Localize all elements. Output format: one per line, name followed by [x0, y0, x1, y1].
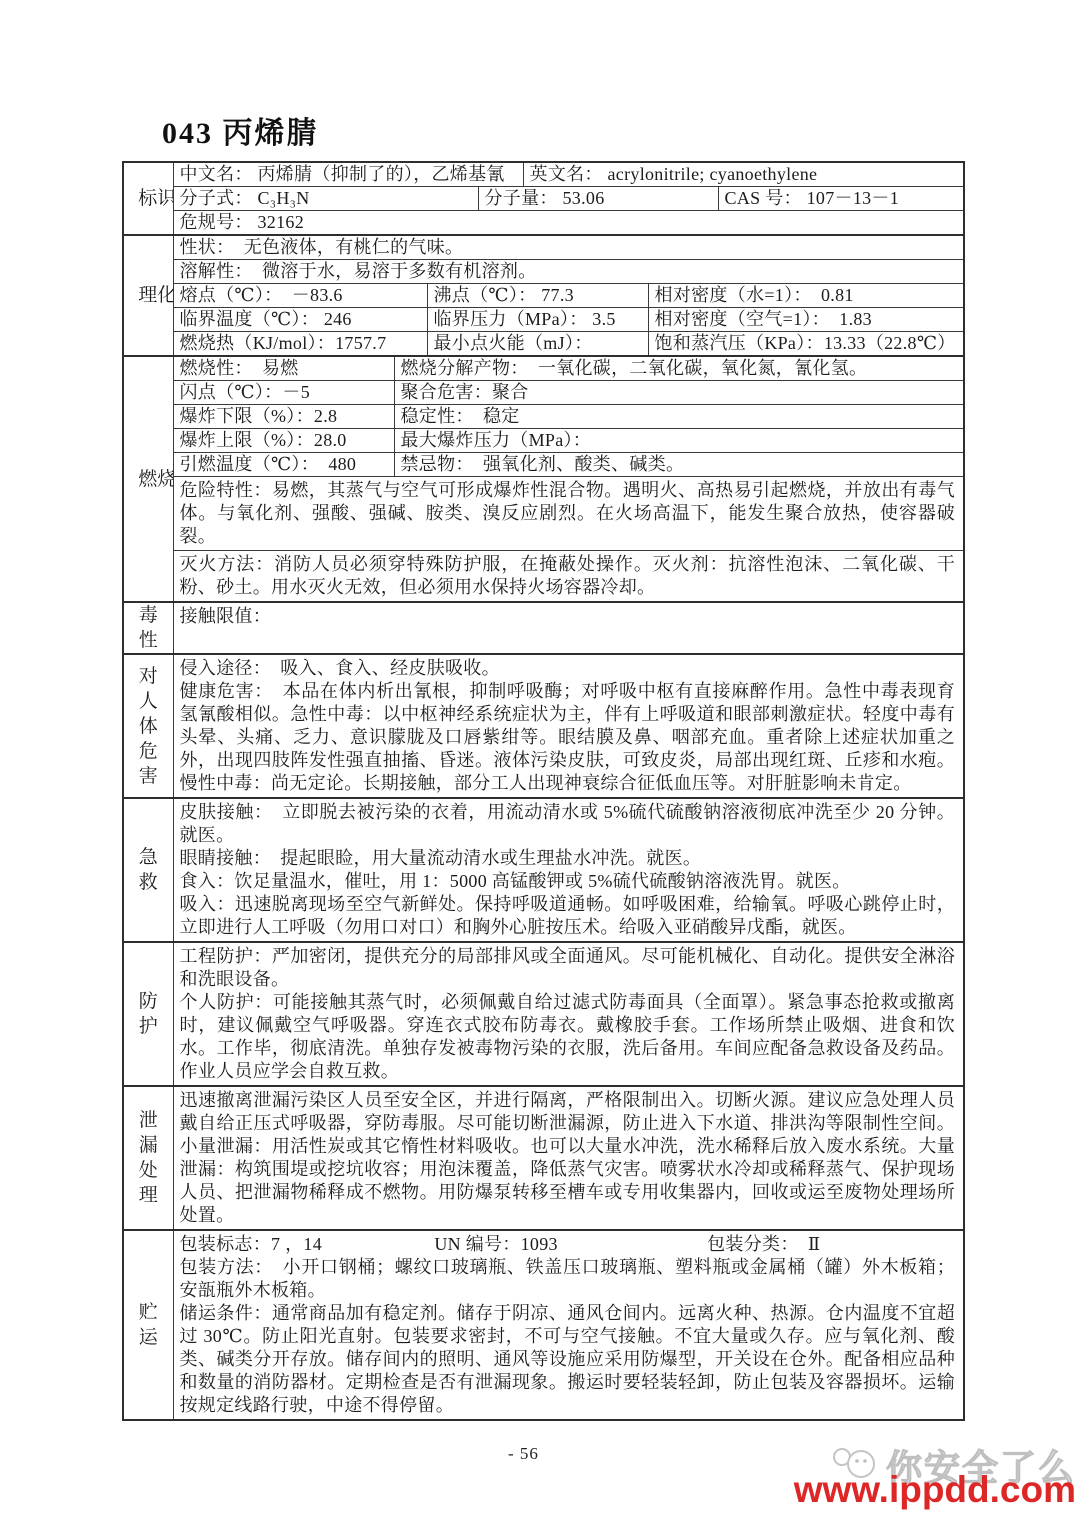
first-aid-eyes-text: 眼睛接触： 提起眼睑，用大量流动清水或生理盐水冲洗。就医。 — [180, 847, 956, 870]
document-page: { "doc": { "title": "043 丙烯腈", "page_num… — [0, 0, 1080, 1527]
section-header-label: 燃烧爆炸危险性 — [138, 467, 158, 492]
cell-critical-pressure: 临界压力（MPa）： 3.5 — [427, 308, 648, 332]
table-row: 对人体危害 侵入途径： 吸入、食入、经皮肤吸收。 健康危害： 本品在体内析出氰根… — [123, 654, 964, 798]
table-row: 灭火方法：消防人员必须穿特殊防护服，在掩蔽处操作。灭火剂：抗溶性泡沫、二氧化碳、… — [123, 551, 964, 603]
section-header-label: 急救 — [138, 845, 158, 895]
section-header-physchem: 理化性质 — [123, 235, 173, 356]
watermark-url: www.ippdd.com — [794, 1469, 1076, 1511]
table-row: 贮运 包装标志：7 ，14 UN 编号：1093 包装分类： Ⅱ 包装方法： 小… — [123, 1230, 964, 1420]
section-header-label: 防护 — [138, 989, 158, 1039]
cell-flash-point: 闪点（℃）：－5 — [173, 381, 394, 405]
engineering-protection-text: 工程防护：严加密闭，提供充分的局部排风或全面通风。尽可能机械化、自动化。提供安全… — [180, 945, 956, 991]
cell-explosion-lower-limit: 爆炸下限（%）：2.8 — [173, 405, 394, 429]
msds-table: 标识 中文名： 丙烯腈（抑制了的），乙烯基氰 英文名： acrylonitril… — [122, 161, 965, 1421]
cell-mol-weight: 分子量： 53.06 — [478, 187, 718, 211]
cell-first-aid: 皮肤接触： 立即脱去被污染的衣着，用流动清水或 5%硫代硫酸钠溶液彻底冲洗至少 … — [173, 798, 964, 942]
cell-reg-number: 危规号： 32162 — [173, 211, 964, 236]
table-row: 危规号： 32162 — [123, 211, 964, 236]
table-row: 毒性 接触限值： — [123, 602, 964, 654]
section-header-leakage: 泄漏处理 — [123, 1086, 173, 1230]
pack-mark-text: 包装标志：7 ，14 — [180, 1233, 430, 1256]
leakage-text: 迅速撤离泄漏污染区人员至安全区，并进行隔离，严格限制出入。切断火源。建议应急处理… — [180, 1089, 956, 1227]
cell-combustion-heat: 燃烧热（KJ/mol）：1757.7 — [173, 332, 427, 357]
health-effects-text: 健康危害： 本品在体内析出氰根，抑制呼吸酶；对呼吸中枢有直接麻醉作用。急性中毒表… — [180, 680, 956, 795]
cell-decomposition-products: 燃烧分解产物： 一氧化碳，二氧化碳，氧化氮，氰化氢。 — [394, 356, 964, 381]
table-row: 理化性质 性状： 无色液体，有桃仁的气味。 — [123, 235, 964, 260]
cell-protection: 工程防护：严加密闭，提供充分的局部排风或全面通风。尽可能机械化、自动化。提供安全… — [173, 942, 964, 1086]
section-header-label: 理化性质 — [138, 283, 158, 308]
cell-explosion-upper-limit: 爆炸上限（%）：28.0 — [173, 429, 394, 453]
table-row: 标识 中文名： 丙烯腈（抑制了的），乙烯基氰 英文名： acrylonitril… — [123, 162, 964, 187]
section-header-label: 标识 — [138, 186, 158, 211]
storage-pack-row: 包装标志：7 ，14 UN 编号：1093 包装分类： Ⅱ — [180, 1233, 956, 1256]
cell-hazard-characteristics: 危险特性：易燃，其蒸气与空气可形成爆炸性混合物。遇明火、高热易引起燃烧，并放出有… — [173, 477, 964, 551]
cell-incompatibles: 禁忌物： 强氧化剂、酸类、碱类。 — [394, 453, 964, 477]
section-header-identification: 标识 — [123, 162, 173, 235]
pack-class-text: 包装分类： Ⅱ — [707, 1234, 820, 1254]
cell-stability: 稳定性： 稳定 — [394, 405, 964, 429]
table-row: 分子式： C₃H₃N 分子量： 53.06 CAS 号： 107－13－1 — [123, 187, 964, 211]
table-row: 泄漏处理 迅速撤离泄漏污染区人员至安全区，并进行隔离，严格限制出入。切断火源。建… — [123, 1086, 964, 1230]
table-row: 防护 工程防护：严加密闭，提供充分的局部排风或全面通风。尽可能机械化、自动化。提… — [123, 942, 964, 1086]
table-row: 溶解性： 微溶于水，易溶于多数有机溶剂。 — [123, 260, 964, 284]
cell-cas-number: CAS 号： 107－13－1 — [718, 187, 964, 211]
cell-max-explosion-pressure: 最大爆炸压力（MPa）： — [394, 429, 964, 453]
section-header-label: 对人体危害 — [138, 664, 158, 789]
first-aid-ingestion-text: 食入：饮足量温水，催吐，用 1：5000 高锰酸钾或 5%硫代硫酸钠溶液洗胃。就… — [180, 870, 956, 893]
section-header-label: 毒性 — [138, 603, 158, 653]
cell-health-hazard: 侵入途径： 吸入、食入、经皮肤吸收。 健康危害： 本品在体内析出氰根，抑制呼吸酶… — [173, 654, 964, 798]
watermark: 你安全了么 www.ippdd.com — [794, 1445, 1076, 1511]
fire-fighting-text: 灭火方法：消防人员必须穿特殊防护服，在掩蔽处操作。灭火剂：抗溶性泡沫、二氧化碳、… — [180, 553, 956, 599]
first-aid-skin-text: 皮肤接触： 立即脱去被污染的衣着，用流动清水或 5%硫代硫酸钠溶液彻底冲洗至少 … — [180, 801, 956, 847]
un-number-text: UN 编号：1093 — [434, 1233, 702, 1256]
table-row: 燃烧爆炸危险性 燃烧性： 易燃 燃烧分解产物： 一氧化碳，二氧化碳，氧化氮，氰化… — [123, 356, 964, 381]
page-number: - 56 — [508, 1444, 539, 1464]
hazard-text: 危险特性：易燃，其蒸气与空气可形成爆炸性混合物。遇明火、高热易引起燃烧，并放出有… — [180, 479, 956, 548]
section-header-fire-explosion: 燃烧爆炸危险性 — [123, 356, 173, 602]
cell-formula: 分子式： C₃H₃N — [173, 187, 478, 211]
cell-appearance: 性状： 无色液体，有桃仁的气味。 — [173, 235, 964, 260]
table-row: 熔点（℃）： －83.6 沸点（℃）： 77.3 相对密度（水=1）： 0.81 — [123, 284, 964, 308]
section-header-first-aid: 急救 — [123, 798, 173, 942]
section-header-label: 贮运 — [138, 1300, 158, 1350]
table-row: 引燃温度（℃）： 480 禁忌物： 强氧化剂、酸类、碱类。 — [123, 453, 964, 477]
section-header-protection: 防护 — [123, 942, 173, 1086]
table-row: 燃烧热（KJ/mol）：1757.7 最小点火能（mJ）： 饱和蒸汽压（KPa）… — [123, 332, 964, 357]
cell-critical-temp: 临界温度（℃）： 246 — [173, 308, 427, 332]
storage-conditions-text: 储运条件：通常商品加有稳定剂。储存于阴凉、通风仓间内。远离火种、热源。仓内温度不… — [180, 1302, 956, 1417]
section-header-label: 泄漏处理 — [138, 1108, 158, 1208]
table-row: 危险特性：易燃，其蒸气与空气可形成爆炸性混合物。遇明火、高热易引起燃烧，并放出有… — [123, 477, 964, 551]
pack-method-text: 包装方法： 小开口钢桶；螺纹口玻璃瓶、铁盖压口玻璃瓶、塑料瓶或金属桶（罐）外木板… — [180, 1256, 956, 1302]
cell-melting-point: 熔点（℃）： －83.6 — [173, 284, 427, 308]
cell-density-air: 相对密度（空气=1）： 1.83 — [648, 308, 964, 332]
table-row: 急救 皮肤接触： 立即脱去被污染的衣着，用流动清水或 5%硫代硫酸钠溶液彻底冲洗… — [123, 798, 964, 942]
table-row: 爆炸上限（%）：28.0 最大爆炸压力（MPa）： — [123, 429, 964, 453]
page-title: 043 丙烯腈 — [162, 108, 319, 152]
section-header-toxicity: 毒性 — [123, 602, 173, 654]
cell-cn-name: 中文名： 丙烯腈（抑制了的），乙烯基氰 — [173, 162, 523, 187]
cell-boiling-point: 沸点（℃）： 77.3 — [427, 284, 648, 308]
cell-ignition-temp: 引燃温度（℃）： 480 — [173, 453, 394, 477]
table-row: 临界温度（℃）： 246 临界压力（MPa）： 3.5 相对密度（空气=1）： … — [123, 308, 964, 332]
table-row: 闪点（℃）：－5 聚合危害：聚合 — [123, 381, 964, 405]
cell-fire-fighting: 灭火方法：消防人员必须穿特殊防护服，在掩蔽处操作。灭火剂：抗溶性泡沫、二氧化碳、… — [173, 551, 964, 603]
cell-vapor-pressure: 饱和蒸汽压（KPa）：13.33（22.8℃） — [648, 332, 964, 357]
cell-density-water: 相对密度（水=1）： 0.81 — [648, 284, 964, 308]
cell-polymerization-hazard: 聚合危害：聚合 — [394, 381, 964, 405]
personal-protection-text: 个人防护：可能接触其蒸气时，必须佩戴自给过滤式防毒面具（全面罩）。紧急事态抢救或… — [180, 991, 956, 1083]
table-row: 爆炸下限（%）：2.8 稳定性： 稳定 — [123, 405, 964, 429]
cell-exposure-limit: 接触限值： — [173, 602, 964, 654]
section-header-storage: 贮运 — [123, 1230, 173, 1420]
cell-min-ignition-energy: 最小点火能（mJ）： — [427, 332, 648, 357]
invasion-routes-text: 侵入途径： 吸入、食入、经皮肤吸收。 — [180, 657, 956, 680]
cell-en-name: 英文名： acrylonitrile; cyanoethylene — [523, 162, 964, 187]
cell-flammability: 燃烧性： 易燃 — [173, 356, 394, 381]
cell-solubility: 溶解性： 微溶于水，易溶于多数有机溶剂。 — [173, 260, 964, 284]
cell-storage: 包装标志：7 ，14 UN 编号：1093 包装分类： Ⅱ 包装方法： 小开口钢… — [173, 1230, 964, 1420]
section-header-health-hazard: 对人体危害 — [123, 654, 173, 798]
first-aid-inhalation-text: 吸入：迅速脱离现场至空气新鲜处。保持呼吸道通畅。如呼吸困难，给输氧。呼吸心跳停止… — [180, 893, 956, 939]
cell-leakage: 迅速撤离泄漏污染区人员至安全区，并进行隔离，严格限制出入。切断火源。建议应急处理… — [173, 1086, 964, 1230]
